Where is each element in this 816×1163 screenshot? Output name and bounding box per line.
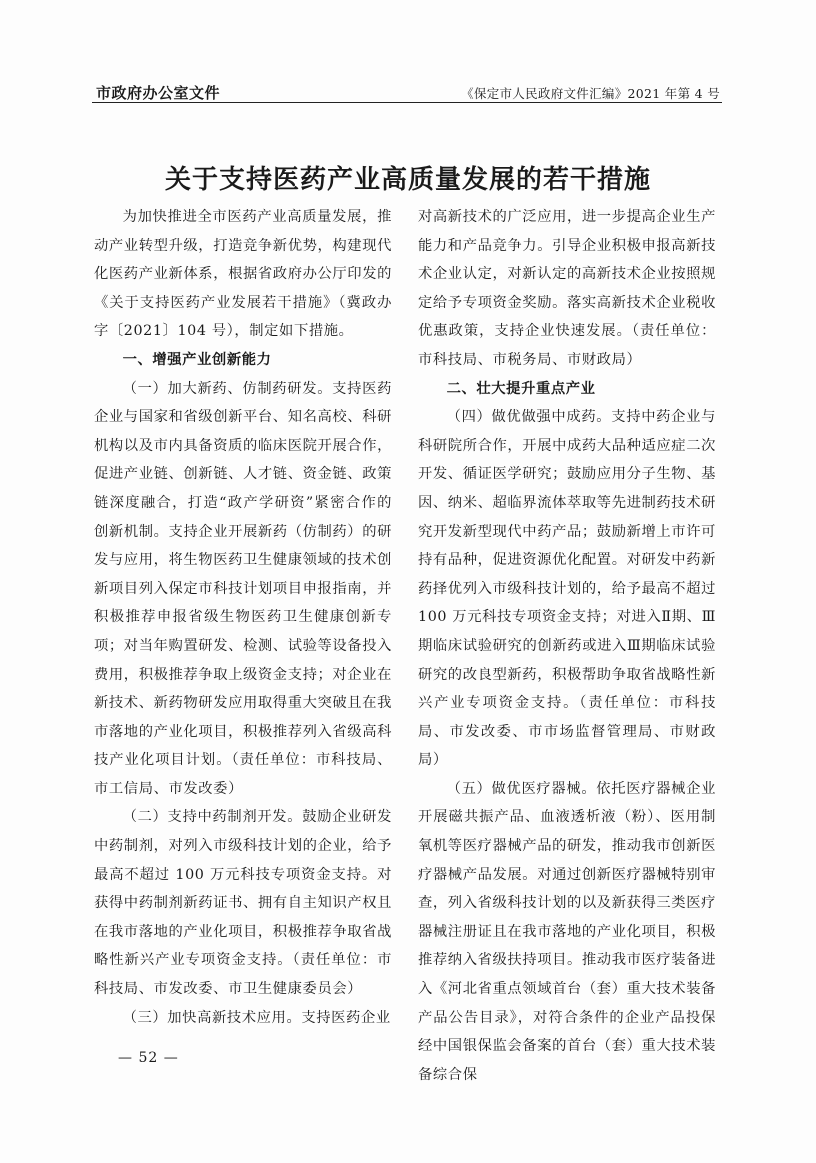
document-title: 关于支持医药产业高质量发展的若干措施	[0, 159, 816, 196]
paragraph-item-3-continued: 对高新技术的广泛应用，进一步提高企业生产能力和产品竞争力。引导企业积极申报高新技…	[418, 203, 716, 375]
header-department: 市政府办公室文件	[96, 82, 220, 103]
paragraph-item-1: （一）加大新药、仿制药研发。支持医药企业与国家和省级创新平台、知名高校、科研机构…	[94, 375, 392, 804]
paragraph-item-2: （二）支持中药制剂开发。鼓励企业研发中药制剂，对列入市级科技计划的企业，给予最高…	[94, 803, 392, 1003]
header-divider	[92, 102, 722, 103]
intro-paragraph: 为加快推进全市医药产业高质量发展，推动产业转型升级，打造竞争新优势，构建现代化医…	[94, 203, 392, 346]
right-column: 对高新技术的广泛应用，进一步提高企业生产能力和产品竞争力。引导企业积极申报高新技…	[418, 203, 716, 1089]
paragraph-item-3-start: （三）加快高新技术应用。支持医药企业	[94, 1004, 392, 1033]
page-number: — 52 —	[118, 1050, 179, 1066]
paragraph-item-4: （四）做优做强中成药。支持中药企业与科研院所合作，开展中成药大品种适应症二次开发…	[418, 403, 716, 775]
section-heading-1: 一、增强产业创新能力	[94, 346, 392, 375]
header-publication: 《保定市人民政府文件汇编》2021 年第 4 号	[461, 84, 720, 102]
paragraph-item-5: （五）做优医疗器械。依托医疗器械企业开展磁共振产品、血液透析液（粉）、医用制氧机…	[418, 775, 716, 1090]
section-heading-2: 二、壮大提升重点产业	[418, 375, 716, 404]
left-column: 为加快推进全市医药产业高质量发展，推动产业转型升级，打造竞争新优势，构建现代化医…	[94, 203, 392, 1032]
